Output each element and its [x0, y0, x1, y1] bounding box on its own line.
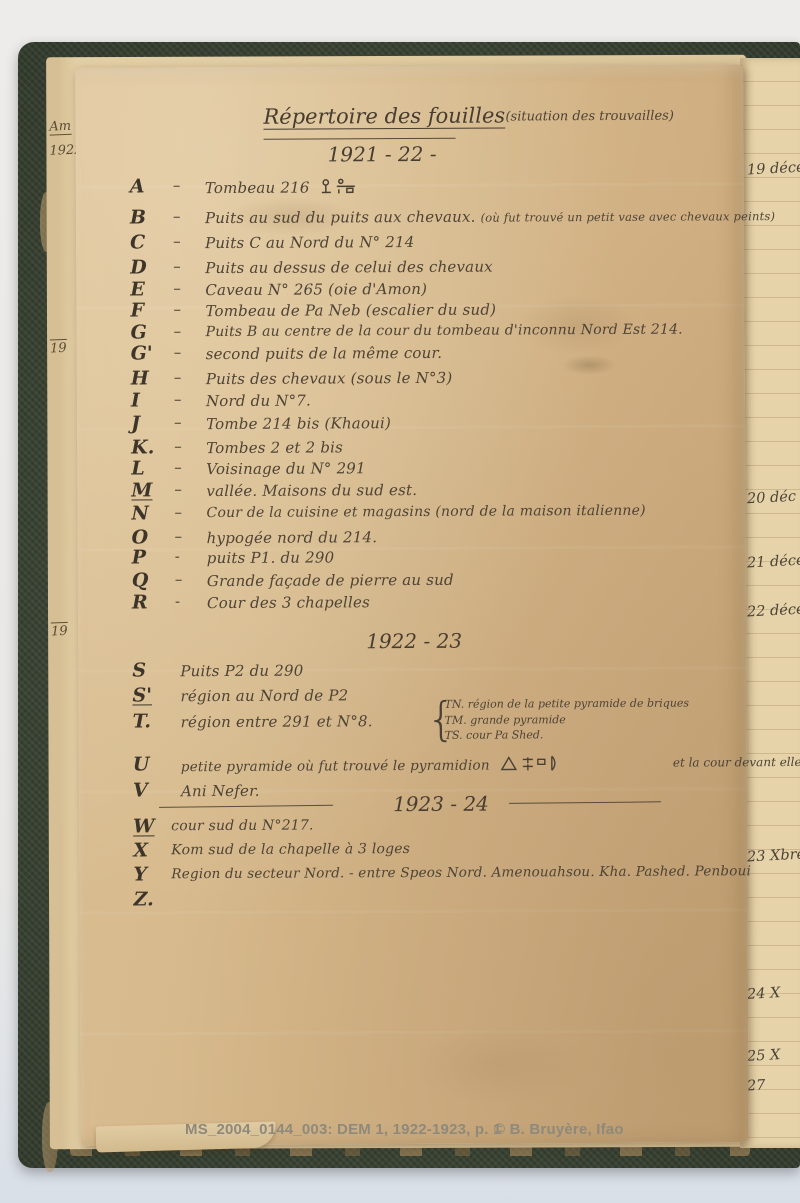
register-entry-X: X Kom sud de la chapelle à 3 loges: [133, 839, 163, 865]
spine-tab: Am: [49, 119, 71, 136]
season-heading-1923-24: 1923 - 24: [393, 792, 489, 817]
entry-text: Puits B au centre de la cour du tombeau …: [206, 322, 683, 340]
entry-letter: Z.: [133, 888, 163, 910]
title-rule: [264, 138, 456, 140]
register-entry-T: T. région entre 291 et N°8.: [133, 710, 163, 736]
season-heading-1922-23: 1922 - 23: [366, 629, 462, 654]
entry-text: Puits C au Nord du N° 214: [205, 233, 415, 252]
entry-letter: U: [133, 753, 163, 775]
sub-entry: TM. grande pyramide: [445, 713, 566, 727]
entry-text: Grande façade de pierre au sud: [207, 571, 454, 590]
entry-letter: B: [130, 206, 160, 228]
entry-letter: V: [133, 779, 163, 801]
spine-tab: 19: [51, 622, 68, 640]
page-title: Répertoire des fouilles: [263, 104, 505, 129]
register-entry-B: B – Puits au sud du puits aux chevaux. (…: [130, 206, 160, 232]
heading-rule-right: [509, 801, 661, 804]
entry-dash: –: [175, 527, 183, 545]
entry-text: vallée. Maisons du sud est.: [206, 481, 417, 500]
spine-tab: 19: [50, 339, 67, 357]
entry-text: Caveau N° 265 (oie d'Amon): [205, 280, 427, 299]
entry-dash: –: [174, 437, 182, 455]
archive-caption-credit: © B. Bruyère, Ifao: [494, 1121, 624, 1138]
entry-text: région au Nord de P2: [180, 686, 348, 705]
entry-letter: J: [131, 412, 161, 434]
register-entry-S2: S' région au Nord de P2: [132, 684, 162, 710]
margin-date: 19 déce: [747, 160, 800, 179]
page-title-note: (situation des trouvailles): [505, 109, 674, 125]
hieroglyph-annotation: [320, 177, 358, 195]
entry-dash: –: [174, 458, 182, 476]
register-entry-C: C – Puits C au Nord du N° 214: [130, 231, 160, 257]
entry-dash: –: [175, 570, 183, 588]
entry-letter: G': [131, 342, 161, 364]
register-entry-G2: G' – second puits de la même cour.: [131, 342, 161, 368]
entry-text: Tombeau 216: [205, 177, 358, 197]
entry-text: Puits P2 du 290: [180, 662, 303, 681]
entry-dash: –: [173, 257, 181, 275]
entry-letter: D: [130, 256, 160, 278]
entry-dash: -: [175, 592, 180, 610]
entry-text: Region du secteur Nord. - entre Speos No…: [171, 863, 751, 882]
register-entry-U: U petite pyramide où fut trouvé le pyram…: [133, 753, 163, 779]
entry-dash: –: [174, 343, 182, 361]
margin-date: 25 X: [747, 1047, 781, 1065]
entry-letter: R: [132, 591, 162, 613]
register-entry-Z: Z.: [133, 888, 163, 914]
entry-text: Puits des chevaux (sous le N°3): [206, 369, 453, 388]
margin-date: 20 déc: [747, 489, 797, 508]
entry-letter: F: [130, 299, 160, 321]
entry-text: Cour des 3 chapelles: [207, 593, 370, 612]
entry-text: Nord du N°7.: [206, 392, 311, 411]
entry-dash: –: [173, 232, 181, 250]
register-entry-R: R - Cour des 3 chapelles: [132, 591, 162, 617]
hieroglyph-pyramidion: [500, 754, 560, 772]
entry-dash: –: [173, 207, 181, 225]
entry-letter: Q: [132, 569, 162, 591]
entry-text: Tombeau de Pa Neb (escalier du sud): [205, 301, 496, 321]
entry-text: Tombes 2 et 2 bis: [206, 438, 343, 457]
entry-text: Puits au sud du puits aux chevaux. (où f…: [205, 206, 775, 227]
entry-dash: –: [174, 322, 182, 340]
entry-text: cour sud du N°217.: [171, 818, 314, 835]
notebook-page: Répertoire des fouilles (situation des t…: [75, 64, 749, 1145]
season-heading-1921-22: 1921 - 22 -: [328, 142, 437, 167]
sub-entry: TN. région de la petite pyramide de briq…: [444, 697, 689, 711]
entry-letter: P: [132, 546, 162, 568]
entry-text: petite pyramide où fut trouvé le pyramid…: [181, 754, 560, 775]
entry-letter: M: [131, 479, 161, 501]
entry-text: hypogée nord du 214.: [207, 528, 378, 547]
entry-letter: E: [130, 278, 160, 300]
entry-letter: G: [131, 321, 161, 343]
heading-rule-left: [159, 805, 333, 808]
entry-letter: N: [131, 502, 161, 524]
entry-letter: H: [131, 367, 161, 389]
entry-letter: C: [130, 231, 160, 253]
scanned-notebook-screenshot: Am 1922 19 19 19 déce 20 déc 21 déce 22 …: [0, 0, 800, 1203]
margin-date: 21 déce: [747, 553, 800, 572]
entry-letter: I: [131, 389, 161, 411]
margin-date: 27: [747, 1078, 766, 1095]
margin-date: 24 X: [747, 985, 781, 1003]
register-entry-S: S Puits P2 du 290: [132, 659, 162, 685]
entry-text: Puits au dessus de celui des chevaux: [205, 258, 493, 278]
entry-note: (où fut trouvé un petit vase avec chevau…: [481, 209, 776, 225]
entry-dash: –: [174, 368, 182, 386]
entry-dash: –: [173, 279, 181, 297]
entry-letter: L: [131, 457, 161, 479]
entry-dash: –: [174, 390, 182, 408]
entry-letter: W: [133, 815, 163, 837]
entry-letter: O: [132, 526, 162, 548]
entry-text: Cour de la cuisine et magasins (nord de …: [206, 503, 645, 521]
paper-stain: [562, 355, 617, 375]
entry-dash: –: [174, 480, 182, 498]
entry-dash: –: [174, 413, 182, 431]
archive-caption-id: MS_2004_0144_003: DEM 1, 1922-1923, p. 1: [185, 1121, 502, 1138]
entry-letter: K.: [131, 436, 161, 458]
entry-text: région entre 291 et N°8.: [181, 712, 373, 731]
entry-text: puits P1. du 290: [207, 548, 335, 567]
entry-letter: S': [132, 684, 162, 706]
register-entry-V: V Ani Nefer.: [133, 779, 163, 805]
register-entry-J: J – Tombe 214 bis (Khaoui): [131, 412, 161, 438]
entry-letter: T.: [133, 710, 163, 732]
register-entry-W: W cour sud du N°217.: [133, 815, 163, 841]
entry-letter: S: [132, 659, 162, 681]
margin-date: 22 déce: [747, 602, 800, 621]
entry-letter: A: [130, 175, 160, 197]
entry-text: Ani Nefer.: [181, 782, 260, 800]
entry-after-note: et la cour devant elle -: [673, 755, 800, 770]
sub-entry: TS. cour Pa Shed.: [445, 728, 544, 742]
register-entry-A: A – Tombeau 216: [130, 175, 160, 201]
entry-text: Tombe 214 bis (Khaoui): [206, 414, 391, 433]
entry-text: Kom sud de la chapelle à 3 loges: [171, 841, 410, 858]
entry-dash: –: [174, 503, 182, 521]
entry-letter: Y: [133, 863, 163, 885]
entry-text: second puits de la même cour.: [206, 344, 443, 363]
margin-date: 23 Xbre: [747, 846, 800, 865]
entry-dash: –: [173, 176, 181, 194]
register-entry-Y: Y Region du secteur Nord. - entre Speos …: [133, 863, 163, 889]
entry-text: Voisinage du N° 291: [206, 459, 366, 478]
register-entry-N: N – Cour de la cuisine et magasins (nord…: [131, 502, 161, 528]
paper-stain: [410, 1025, 590, 1106]
entry-dash: –: [173, 300, 181, 318]
entry-letter: X: [133, 839, 163, 861]
entry-dash: -: [175, 547, 180, 565]
